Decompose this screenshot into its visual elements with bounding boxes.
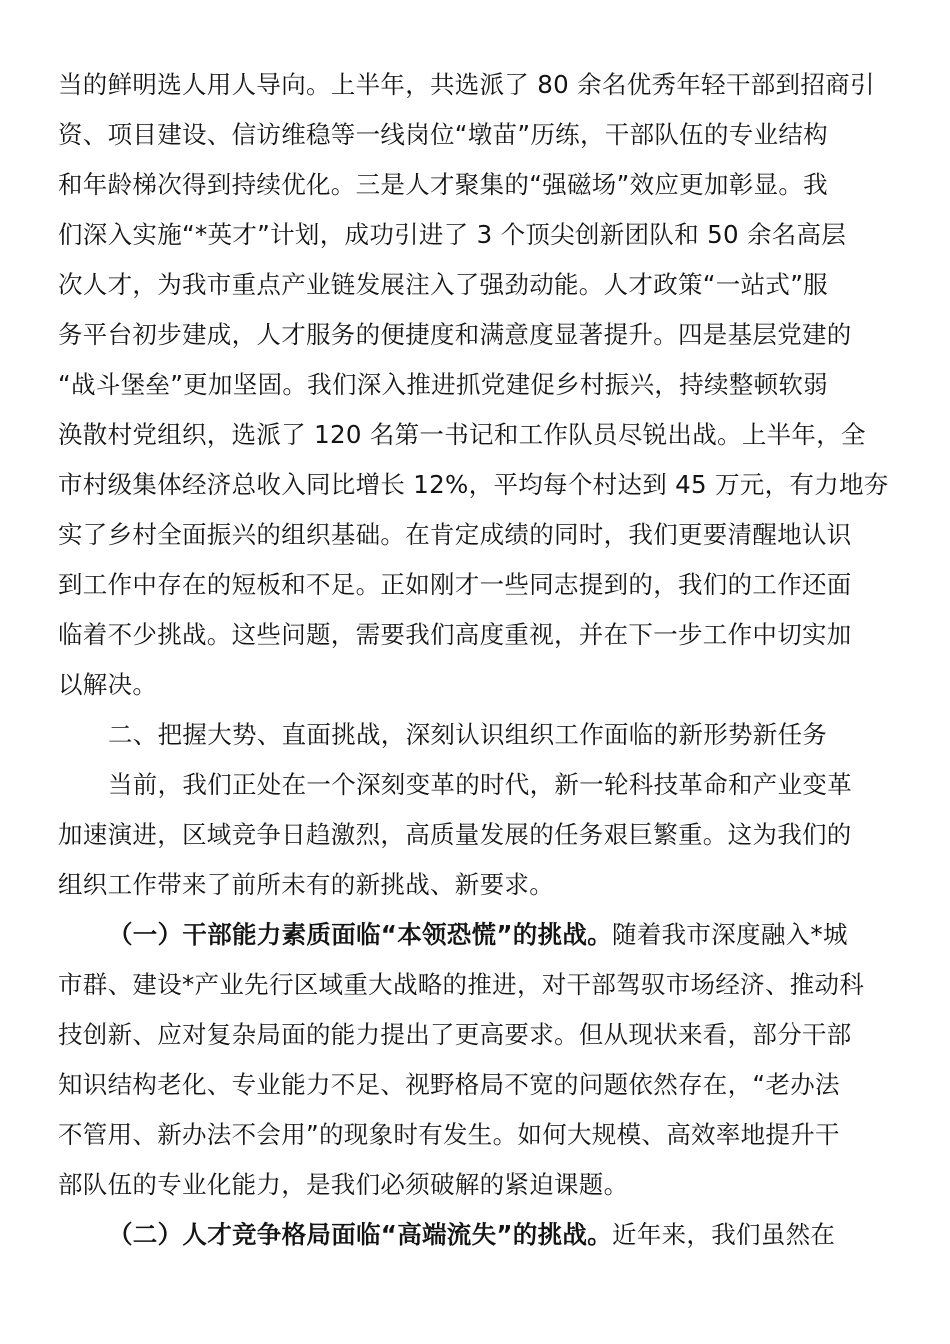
paragraph-line: “战斗堡垒”更加坚固。我们深入推进抓党建促乡村振兴，持续整顿软弱	[58, 367, 828, 403]
paragraph-line: 技创新、应对复杂局面的能力提出了更高要求。但从现状来看，部分干部	[58, 1017, 852, 1053]
paragraph-line: 当前，我们正处在一个深刻变革的时代，新一轮科技革命和产业变革	[108, 767, 852, 803]
section-heading: 二、把握大势、直面挑战，深刻认识组织工作面临的新形势新任务	[108, 717, 827, 753]
paragraph-line: 知识结构老化、专业能力不足、视野格局不宽的问题依然存在，“老办法	[58, 1067, 840, 1103]
paragraph-line: 加速演进，区域竞争日趋激烈，高质量发展的任务艰巨繁重。这为我们的	[58, 817, 852, 853]
subsection-2-first-line: （二）人才竞争格局面临“高端流失”的挑战。近年来，我们虽然在	[108, 1217, 835, 1253]
subsection-1-heading: （一）干部能力素质面临“本领恐慌”的挑战。	[108, 920, 612, 949]
paragraph-line: 当的鲜明选人用人导向。上半年，共选派了 80 余名优秀年轻干部到招商引	[58, 67, 875, 103]
paragraph-line: 市村级集体经济总收入同比增长 12%，平均每个村达到 45 万元，有力地夯	[58, 467, 889, 503]
paragraph-line: 组织工作带来了前所未有的新挑战、新要求。	[58, 867, 554, 903]
paragraph-line: 资、项目建设、信访维稳等一线岗位“墩苗”历练，干部队伍的专业结构	[58, 117, 828, 153]
paragraph-line: 临着不少挑战。这些问题，需要我们高度重视，并在下一步工作中切实加	[58, 617, 852, 653]
paragraph-line: 次人才，为我市重点产业链发展注入了强劲动能。人才政策“一站式”服	[58, 267, 828, 303]
subsection-2-text: 近年来，我们虽然在	[612, 1220, 835, 1249]
paragraph-line: 部队伍的专业化能力，是我们必须破解的紧迫课题。	[58, 1167, 628, 1203]
document-page: 当的鲜明选人用人导向。上半年，共选派了 80 余名优秀年轻干部到招商引 资、项目…	[0, 0, 950, 1344]
subsection-1-first-line: （一）干部能力素质面临“本领恐慌”的挑战。随着我市深度融入*城	[108, 917, 848, 953]
paragraph-line: 实了乡村全面振兴的组织基础。在肯定成绩的同时，我们更要清醒地认识	[58, 517, 852, 553]
paragraph-line: 不管用、新办法不会用”的现象时有发生。如何大规模、高效率地提升干	[58, 1117, 840, 1153]
paragraph-line: 和年龄梯次得到持续优化。三是人才聚集的“强磁场”效应更加彰显。我	[58, 167, 828, 203]
subsection-1-text: 随着我市深度融入*城	[612, 920, 848, 949]
paragraph-line: 们深入实施“*英才”计划，成功引进了 3 个顶尖创新团队和 50 余名高层	[58, 217, 846, 253]
paragraph-line: 涣散村党组织，选派了 120 名第一书记和工作队员尽锐出战。上半年，全	[58, 417, 866, 453]
paragraph-line: 到工作中存在的短板和不足。正如刚才一些同志提到的，我们的工作还面	[58, 567, 852, 603]
paragraph-line: 务平台初步建成，人才服务的便捷度和满意度显著提升。四是基层党建的	[58, 317, 852, 353]
paragraph-line: 以解决。	[58, 667, 157, 703]
subsection-2-heading: （二）人才竞争格局面临“高端流失”的挑战。	[108, 1220, 612, 1249]
paragraph-line: 市群、建设*产业先行区域重大战略的推进，对干部驾驭市场经济、推动科	[58, 967, 864, 1003]
